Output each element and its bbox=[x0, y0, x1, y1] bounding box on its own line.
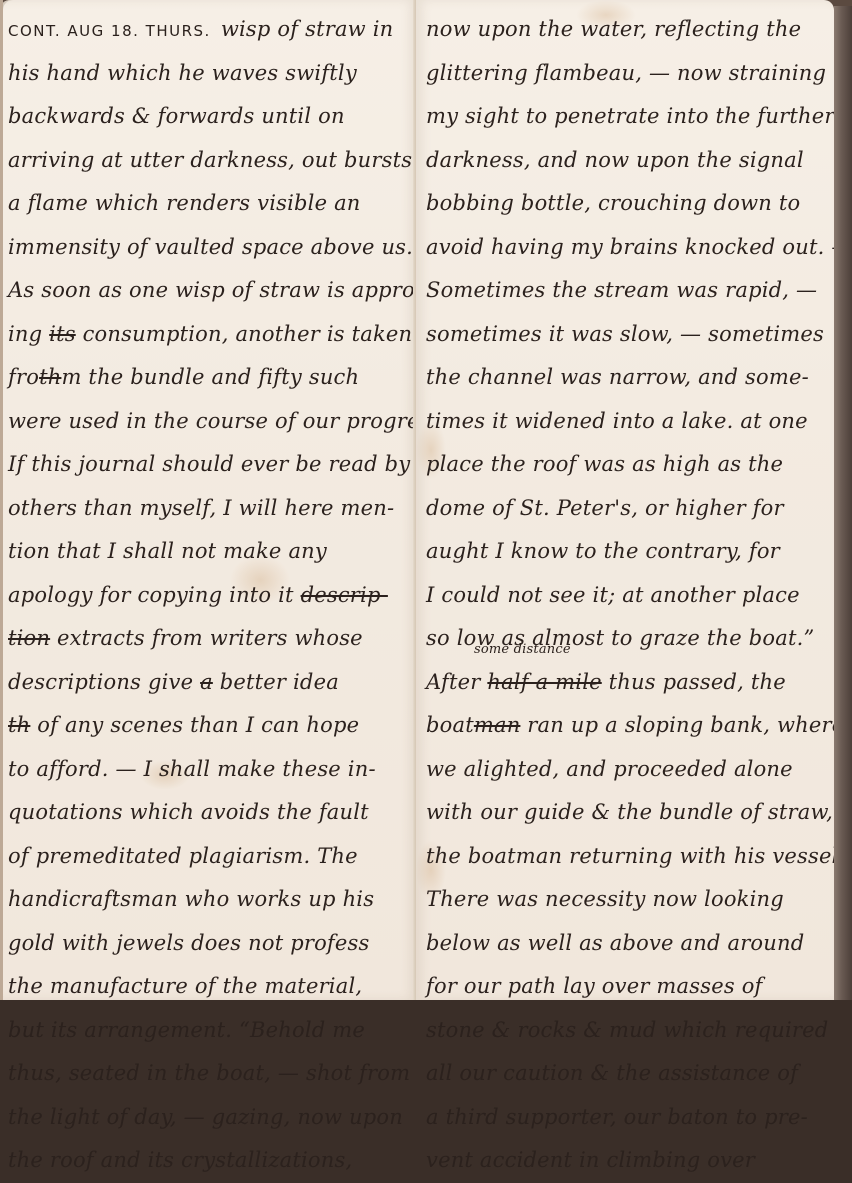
line-text: bobbing bottle, crouching down to bbox=[426, 191, 800, 215]
manuscript-line: quotations which avoids the fault bbox=[8, 791, 416, 835]
manuscript-line: a flame which renders visible an bbox=[8, 182, 416, 226]
struck-text: a bbox=[200, 670, 213, 694]
manuscript-line: avoid having my brains knocked out. — bbox=[426, 226, 834, 270]
manuscript-line: descriptions give a better idea bbox=[8, 661, 416, 705]
manuscript-line: dome of St. Peter's, or higher for bbox=[426, 487, 834, 531]
manuscript-line: th of any scenes than I can hope bbox=[8, 704, 416, 748]
line-text: If this journal should ever be read by bbox=[8, 452, 410, 476]
manuscript-line: place the roof was as high as the bbox=[426, 443, 834, 487]
line-text: wisp of straw in bbox=[221, 17, 394, 41]
line-text: quotations which avoids the fault bbox=[8, 800, 369, 824]
line-text: thus passed, the bbox=[602, 670, 786, 694]
manuscript-line: the boatman returning with his vessel. bbox=[426, 835, 834, 879]
line-text: boat bbox=[426, 713, 474, 737]
struck-text: descrip- bbox=[301, 583, 388, 607]
line-text: now upon the water, reflecting the bbox=[426, 17, 801, 41]
manuscript-line: sometimes it was slow, — sometimes bbox=[426, 313, 834, 357]
manuscript-line: aught I know to the contrary, for bbox=[426, 530, 834, 574]
manuscript-line: ing its consumption, another is taken bbox=[8, 313, 416, 357]
line-text: Sometimes the stream was rapid, — bbox=[426, 278, 817, 302]
line-text: his hand which he waves swiftly bbox=[8, 61, 357, 85]
manuscript-line: others than myself, I will here men- bbox=[8, 487, 416, 531]
line-text: avoid having my brains knocked out. — bbox=[426, 235, 852, 259]
struck-text: half a mile bbox=[487, 670, 601, 694]
line-text: extracts from writers whose bbox=[50, 626, 363, 650]
manuscript-line: times it widened into a lake. at one bbox=[426, 400, 834, 444]
line-text: descriptions give bbox=[8, 670, 200, 694]
manuscript-line: gold with jewels does not profess bbox=[8, 922, 416, 966]
manuscript-line: immensity of vaulted space above us. bbox=[8, 226, 416, 270]
manuscript-line: we alighted, and proceeded alone bbox=[426, 748, 834, 792]
line-text: times it widened into a lake. at one bbox=[426, 409, 808, 433]
struck-text: man bbox=[474, 713, 521, 737]
manuscript-line: tion extracts from writers whose bbox=[8, 617, 416, 661]
manuscript-line: apology for copying into it descrip- bbox=[8, 574, 416, 618]
left-page: CONT. AUG 18. THURS.wisp of straw inhis … bbox=[0, 0, 416, 1000]
manuscript-line: were used in the course of our progress. bbox=[8, 400, 416, 444]
line-text: glittering flambeau, — now straining bbox=[426, 61, 826, 85]
manuscript-line: with our guide & the bundle of straw, bbox=[426, 791, 834, 835]
manuscript-line: CONT. AUG 18. THURS.wisp of straw in bbox=[8, 8, 416, 52]
manuscript-line: backwards & forwards until on bbox=[8, 95, 416, 139]
right-page-text: now upon the water, reflecting theglitte… bbox=[416, 8, 834, 1000]
line-text: I could not see it; at another place bbox=[426, 583, 800, 607]
line-text: of any scenes than I can hope bbox=[30, 713, 359, 737]
manuscript-line: As soon as one wisp of straw is approach… bbox=[8, 269, 416, 313]
entry-heading: CONT. AUG 18. THURS. bbox=[8, 22, 211, 40]
line-text: place the roof was as high as the bbox=[426, 452, 783, 476]
line-text: dome of St. Peter's, or higher for bbox=[426, 496, 784, 520]
line-text: handicraftsman who works up his bbox=[8, 887, 374, 911]
manuscript-line: now upon the water, reflecting the bbox=[426, 8, 834, 52]
manuscript-line: glittering flambeau, — now straining bbox=[426, 52, 834, 96]
line-text: my sight to penetrate into the further bbox=[426, 104, 835, 128]
manuscript-line: If this journal should ever be read by bbox=[8, 443, 416, 487]
struck-text: its bbox=[49, 322, 76, 346]
manuscript-line: of premeditated plagiarism. The bbox=[8, 835, 416, 879]
manuscript-line: the channel was narrow, and some- bbox=[426, 356, 834, 400]
line-text: were used in the course of our progress. bbox=[8, 409, 448, 433]
manuscript-line: for our path lay over masses of bbox=[426, 965, 834, 1000]
line-text: After bbox=[426, 670, 487, 694]
line-text: aught I know to the contrary, for bbox=[426, 539, 780, 563]
line-text: darkness, and now upon the signal bbox=[426, 148, 804, 172]
manuscript-line: I could not see it; at another place bbox=[426, 574, 834, 618]
journal-spread: CONT. AUG 18. THURS.wisp of straw inhis … bbox=[0, 0, 852, 1000]
manuscript-line: boatman ran up a sloping bank, where bbox=[426, 704, 834, 748]
struck-text: th bbox=[8, 713, 30, 737]
struck-text: th bbox=[39, 365, 61, 389]
book-binding-edge bbox=[834, 6, 852, 1000]
line-text: the manufacture of the material, bbox=[8, 974, 362, 998]
line-text: to afford. — I shall make these in- bbox=[8, 757, 376, 781]
line-text: sometimes it was slow, — sometimes bbox=[426, 322, 824, 346]
line-text: the channel was narrow, and some- bbox=[426, 365, 809, 389]
manuscript-line: arriving at utter darkness, out bursts bbox=[8, 139, 416, 183]
line-text: with our guide & the bundle of straw, bbox=[426, 800, 833, 824]
line-text: better idea bbox=[213, 670, 339, 694]
manuscript-line: below as well as above and around bbox=[426, 922, 834, 966]
line-text: consumption, another is taken bbox=[76, 322, 413, 346]
line-text: apology for copying into it bbox=[8, 583, 301, 607]
manuscript-line: to afford. — I shall make these in- bbox=[8, 748, 416, 792]
line-text: ran up a sloping bank, where bbox=[520, 713, 844, 737]
line-text: below as well as above and around bbox=[426, 931, 804, 955]
manuscript-line: my sight to penetrate into the further bbox=[426, 95, 834, 139]
manuscript-line: tion that I shall not make any bbox=[8, 530, 416, 574]
struck-text: tion bbox=[8, 626, 50, 650]
line-text: others than myself, I will here men- bbox=[8, 496, 394, 520]
line-text: fro bbox=[8, 365, 39, 389]
inserted-text: some distance bbox=[474, 643, 571, 657]
line-text: arriving at utter darkness, out bursts bbox=[8, 148, 412, 172]
line-text: As soon as one wisp of straw is approach… bbox=[8, 278, 461, 302]
line-text: of premeditated plagiarism. The bbox=[8, 844, 358, 868]
manuscript-line: darkness, and now upon the signal bbox=[426, 139, 834, 183]
manuscript-line: some distanceAfter half a mile thus pass… bbox=[426, 661, 834, 705]
line-text: gold with jewels does not profess bbox=[8, 931, 370, 955]
line-text: immensity of vaulted space above us. bbox=[8, 235, 413, 259]
line-text: backwards & forwards until on bbox=[8, 104, 345, 128]
line-text: tion that I shall not make any bbox=[8, 539, 327, 563]
manuscript-line: frothm the bundle and fifty such bbox=[8, 356, 416, 400]
manuscript-line: handicraftsman who works up his bbox=[8, 878, 416, 922]
manuscript-line: Sometimes the stream was rapid, — bbox=[426, 269, 834, 313]
line-text: for our path lay over masses of bbox=[426, 974, 763, 998]
manuscript-line: bobbing bottle, crouching down to bbox=[426, 182, 834, 226]
line-text: There was necessity now looking bbox=[426, 887, 784, 911]
line-text: m the bundle and fifty such bbox=[61, 365, 359, 389]
line-text: ing bbox=[8, 322, 49, 346]
right-page: now upon the water, reflecting theglitte… bbox=[416, 0, 834, 1000]
line-text: a flame which renders visible an bbox=[8, 191, 361, 215]
line-text: the boatman returning with his vessel. bbox=[426, 844, 845, 868]
manuscript-line: the manufacture of the material, bbox=[8, 965, 416, 1000]
left-page-text: CONT. AUG 18. THURS.wisp of straw inhis … bbox=[0, 8, 416, 1000]
manuscript-line: his hand which he waves swiftly bbox=[8, 52, 416, 96]
manuscript-line: There was necessity now looking bbox=[426, 878, 834, 922]
line-text: we alighted, and proceeded alone bbox=[426, 757, 793, 781]
